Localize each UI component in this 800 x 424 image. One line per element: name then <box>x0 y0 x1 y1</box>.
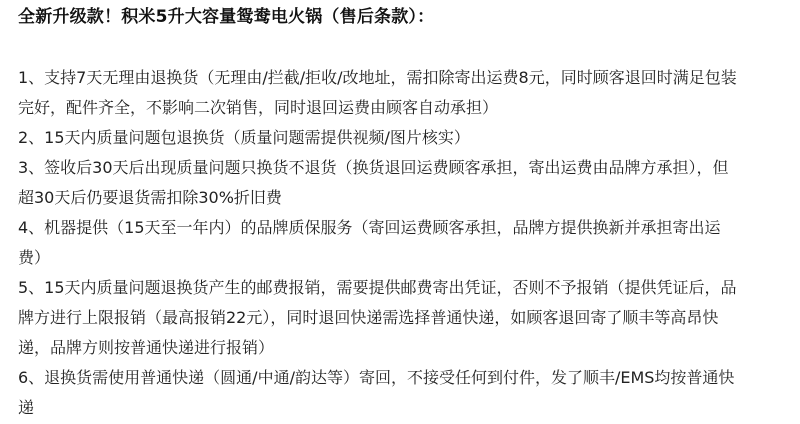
clause-2: 2、15天内质量问题包退换货（质量问题需提供视频/图片核实） <box>18 123 788 153</box>
document-title: 全新升级款！积米5升大容量鸳鸯电火锅（售后条款）： <box>18 6 434 28</box>
clause-list: 1、支持7天无理由退换货（无理由/拦截/拒收/改地址，需扣除寄出运费8元，同时顾… <box>18 63 788 423</box>
clause-line: 递 <box>18 393 788 423</box>
clause-line: 完好，配件齐全，不影响二次销售，同时退回运费由顾客自动承担） <box>18 93 788 123</box>
clause-5: 5、15天内质量问题退换货产生的邮费报销，需要提供邮费寄出凭证，否则不予报销（提… <box>18 273 788 363</box>
clause-line: 牌方进行上限报销（最高报销22元），同时退回快递需选择普通快递，如顾客退回寄了顺… <box>18 303 788 333</box>
after-sales-terms-document: 全新升级款！积米5升大容量鸳鸯电火锅（售后条款）： 1、支持7天无理由退换货（无… <box>0 0 800 424</box>
clause-line: 超30天后仍要退货需扣除30%折旧费 <box>18 183 788 213</box>
clause-line: 2、15天内质量问题包退换货（质量问题需提供视频/图片核实） <box>18 123 788 153</box>
clause-line: 递，品牌方则按普通快递进行报销） <box>18 333 788 363</box>
clause-line: 6、退换货需使用普通快递（圆通/中通/韵达等）寄回，不接受任何到付件，发了顺丰/… <box>18 363 788 393</box>
clause-1: 1、支持7天无理由退换货（无理由/拦截/拒收/改地址，需扣除寄出运费8元，同时顾… <box>18 63 788 123</box>
clause-line: 1、支持7天无理由退换货（无理由/拦截/拒收/改地址，需扣除寄出运费8元，同时顾… <box>18 63 788 93</box>
clause-line: 3、签收后30天后出现质量问题只换货不退货（换货退回运费顾客承担，寄出运费由品牌… <box>18 153 788 183</box>
clause-4: 4、机器提供（15天至一年内）的品牌质保服务（寄回运费顾客承担，品牌方提供换新并… <box>18 213 788 273</box>
clause-3: 3、签收后30天后出现质量问题只换货不退货（换货退回运费顾客承担，寄出运费由品牌… <box>18 153 788 213</box>
clause-6: 6、退换货需使用普通快递（圆通/中通/韵达等）寄回，不接受任何到付件，发了顺丰/… <box>18 363 788 423</box>
clause-line: 4、机器提供（15天至一年内）的品牌质保服务（寄回运费顾客承担，品牌方提供换新并… <box>18 213 788 243</box>
clause-line: 费） <box>18 243 788 273</box>
clause-line: 5、15天内质量问题退换货产生的邮费报销，需要提供邮费寄出凭证，否则不予报销（提… <box>18 273 788 303</box>
